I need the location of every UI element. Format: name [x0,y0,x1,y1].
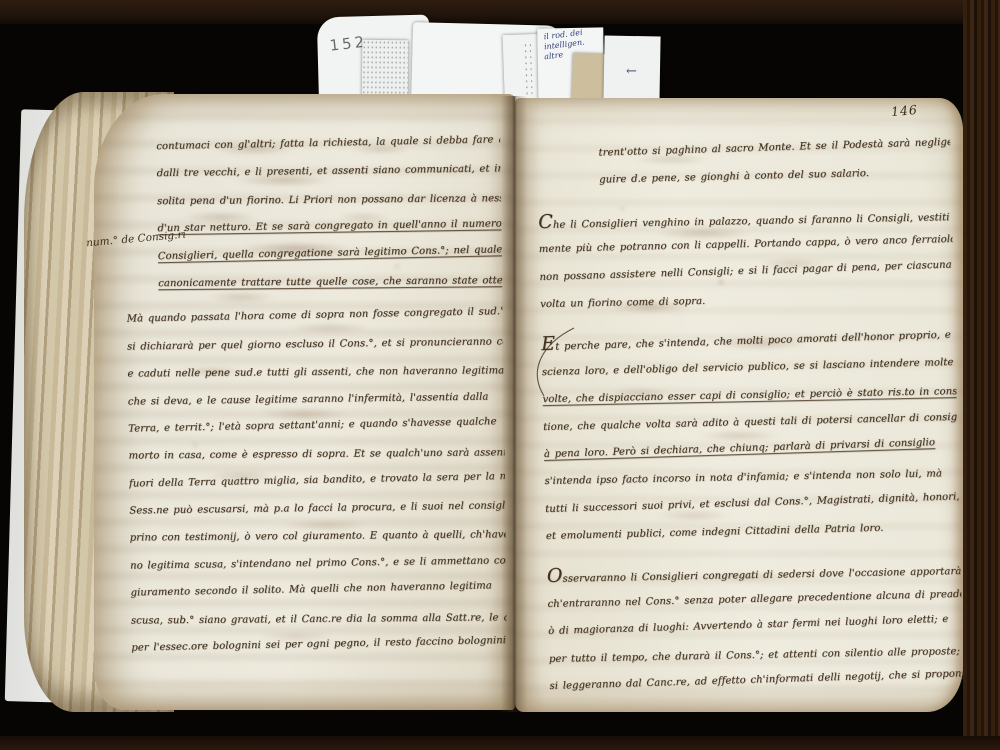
manuscript-line: dalli tre vecchi, e li presenti, et asse… [156,156,500,188]
wood-frame-right [963,0,1000,750]
margin-flourish [518,322,578,402]
page-number: 146 [890,102,918,119]
manuscript-line: solita pena d'un fiorino. Li Priori non … [157,185,501,215]
wood-frame-top [0,0,1000,24]
manuscript-line: Sess.ne può escusarsi, mà p.a lo facci l… [129,492,505,525]
manuscript-line: si dichiararà per quel giorno escluso il… [127,328,503,361]
manuscript-line: giuramento secondo il solito. Mà quelli … [130,572,506,607]
wood-frame-bottom [0,736,1000,750]
photo-backdrop: 152 il rod. dei intelligen. altre 3 ← 14… [0,0,1000,750]
left-page-text: contumaci con gl'altri; fatta la richies… [124,128,508,693]
arrow-icon: ← [626,64,637,79]
manuscript-line: prino con testimonij, ò vero col giurame… [130,522,506,553]
right-page-text: trent'otto si paghino al sacro Monte. Et… [536,131,964,701]
manuscript-line: e caduti nelle pene sud.e tutti gli asse… [127,357,503,388]
manuscript-line: canonicamente trattare tutte quelle cose… [158,267,502,297]
